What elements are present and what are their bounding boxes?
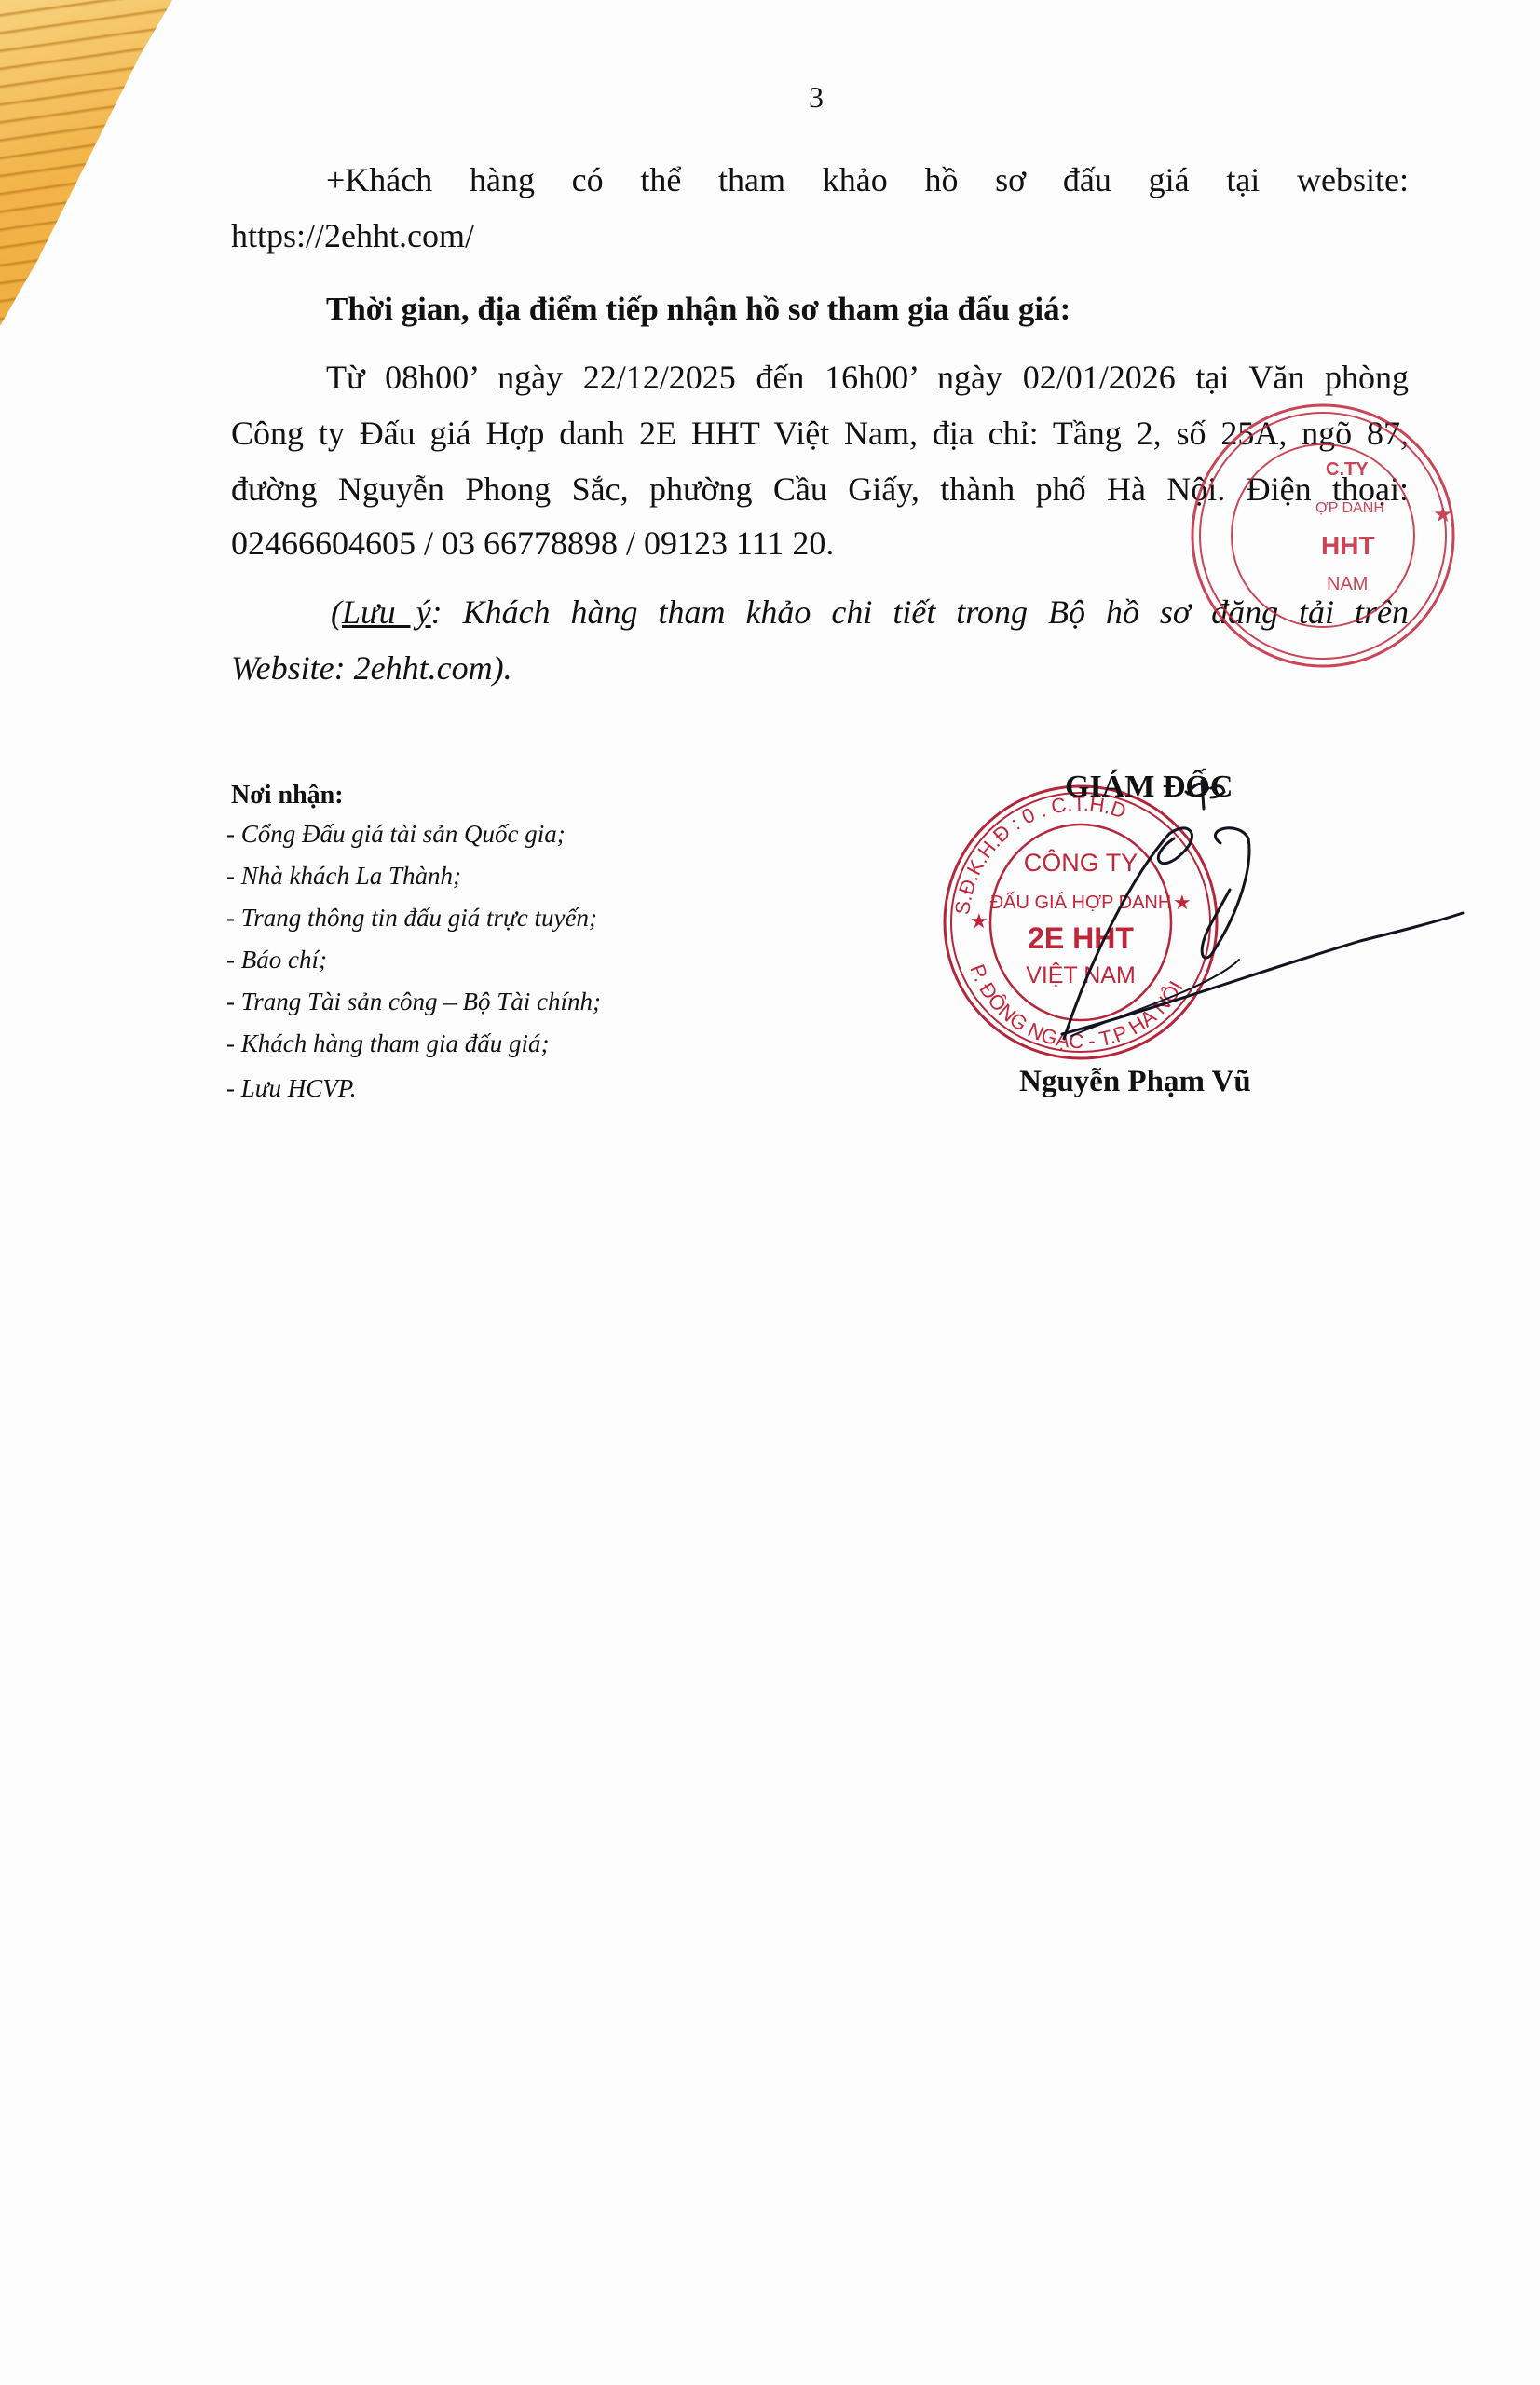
recipient-item: - Cổng Đấu giá tài sản Quốc gia; [226,820,566,849]
website-link[interactable]: https://2ehht.com/ [231,216,474,255]
svg-text:P. ĐÔNG NGẠC - T.P HÀ NỘI: P. ĐÔNG NGẠC - T.P HÀ NỘI [965,961,1188,1054]
section-body-line4: 02466604605 / 03 66778898 / 09123 111 20… [231,524,834,563]
svg-text:CÔNG TY: CÔNG TY [1024,848,1138,877]
wooden-table-edge [0,0,186,354]
note-label: Lưu ý [342,593,431,631]
signatory-name: Nguyễn Phạm Vũ [1019,1065,1251,1099]
recipient-item: - Báo chí; [226,946,327,974]
note-text: : Khách hàng tham khảo chi tiết trong Bộ… [431,593,1409,631]
signature-icon [1062,781,1463,1039]
section-body-line2: Công ty Đấu giá Hợp danh 2E HHT Việt Nam… [231,414,1409,453]
svg-text:S.Đ.K.H.Đ : 0 . C.T.H.D: S.Đ.K.H.Đ : 0 . C.T.H.D [950,792,1129,916]
note-open-paren: ( [331,593,342,631]
section-body-line1: Từ 08h00’ ngày 22/12/2025 đến 16h00’ ngà… [326,358,1409,397]
note-line1: (Lưu ý: Khách hàng tham khảo chi tiết tr… [331,593,1409,632]
svg-text:★: ★ [1433,502,1453,527]
svg-text:VIỆT NAM: VIỆT NAM [1026,961,1136,988]
svg-text:★: ★ [1173,891,1192,914]
svg-text:NAM: NAM [1327,574,1368,594]
section-heading: Thời gian, địa điểm tiếp nhận hồ sơ tham… [326,291,1070,328]
svg-text:★: ★ [970,909,988,933]
recipients-title: Nơi nhận: [231,781,344,811]
website-note-line1: +Khách hàng có thể tham khảo hồ sơ đấu g… [326,160,1409,199]
svg-text:HHT: HHT [1321,531,1375,560]
recipient-item: - Khách hàng tham gia đấu giá; [226,1029,549,1058]
recipient-item: - Trang Tài sản công – Bộ Tài chính; [226,988,601,1016]
recipient-item: - Lưu HCVP. [226,1074,357,1103]
company-stamp-icon: S.Đ.K.H.Đ : 0 . C.T.H.D P. ĐÔNG NGẠC - T… [945,786,1217,1058]
recipient-item: - Trang thông tin đấu giá trực tuyến; [226,904,597,933]
svg-text:ĐẤU GIÁ HỢP DANH: ĐẤU GIÁ HỢP DANH [990,892,1172,913]
recipient-item: - Nhà khách La Thành; [226,862,461,891]
svg-text:2E HHT: 2E HHT [1028,921,1134,955]
section-body-line3: đường Nguyễn Phong Sắc, phường Cầu Giấy,… [231,470,1409,509]
page-number: 3 [809,80,824,115]
note-line2: Website: 2ehht.com). [231,648,512,688]
signature-title: GIÁM ĐỐC [1065,770,1233,805]
